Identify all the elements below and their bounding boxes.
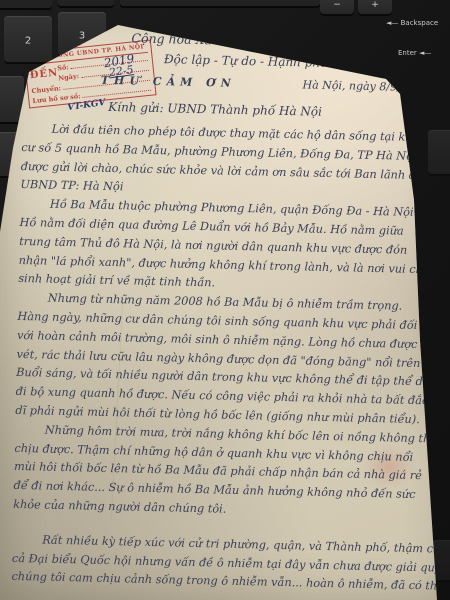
letter-body: Lời đầu tiên cho phép tôi được thay mặt … [11,120,433,596]
keyboard-key-minus-label: − [333,0,341,10]
letter-title: THƯ CẢM ƠN [101,74,236,90]
keyboard-key-plus: + [358,0,392,14]
letter-content: Cộng hòa Xã hội Chủ nghĩa Việt Nam Độc l… [11,28,436,596]
keyboard-function-row [0,0,52,8]
keyboard-key-2: 2 [4,16,52,62]
letter-dateline: Hà Nội, ngày 8/9/2019 [302,78,428,94]
paragraph: Hồ Ba Mẫu thuộc phường Phương Liên, quận… [18,195,432,298]
keyboard-function-row [58,0,114,6]
photo-of-letter: 2 3 − + ◄— Backspace Enter ◄— VĂN PHÒNG … [0,0,450,600]
keyboard-key-2-label: 2 [25,36,31,47]
keyboard-key-backspace-label: ◄— Backspace [386,19,438,27]
letter-paper: VĂN PHÒNG UBND TP. HÀ NỘI ĐẾN Số: Ngày: … [0,0,450,600]
keyboard-key-minus: − [320,0,354,14]
keyboard-function-row [120,0,320,6]
keyboard-key-plus-label: + [371,0,379,10]
keyboard-key-right-edge [428,130,450,174]
paragraph: Lời đầu tiên cho phép tôi được thay mặt … [20,120,434,205]
keyboard-key-3-label: 3 [79,31,85,42]
paper-crease [288,0,307,61]
paragraph: Những hôm trời mưa, trời nắng không khí … [13,421,427,524]
paragraph: Rất nhiều kỳ tiếp xúc với cử tri phường,… [11,531,424,597]
keyboard-key-enter-label: Enter ◄— [398,49,431,57]
paragraph: Nhưng từ những năm 2008 hồ Ba Mẫu bị ô n… [15,289,430,430]
